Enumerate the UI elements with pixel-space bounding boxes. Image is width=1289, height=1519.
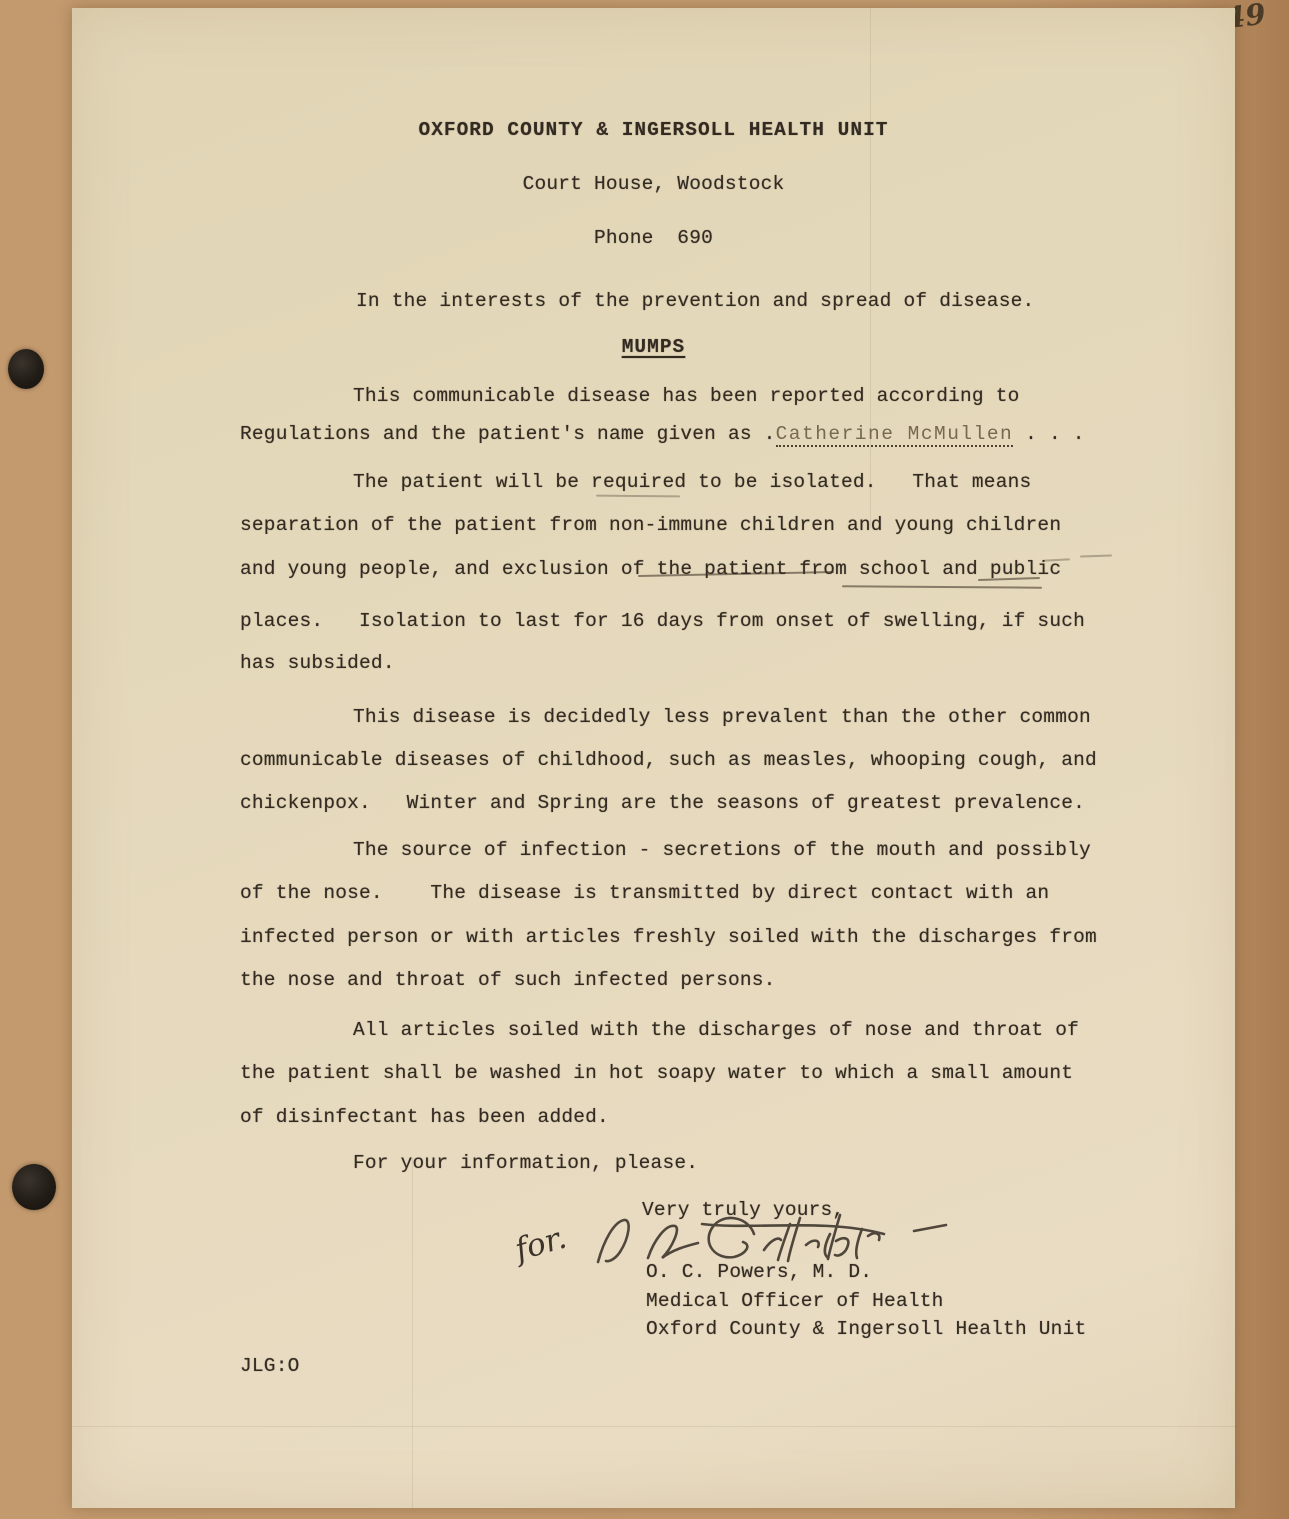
name-line-prefix: Regulations and the patient's name given… bbox=[240, 423, 776, 445]
paragraph4-line2: of the nose. The disease is transmitted … bbox=[240, 881, 1049, 905]
pen-mark-underline-from-school bbox=[842, 585, 1042, 588]
handwritten-for-note: for. bbox=[511, 1220, 570, 1269]
paragraph3-line1: This disease is decidedly less prevalent… bbox=[353, 705, 1091, 729]
intro-line: In the interests of the prevention and s… bbox=[356, 289, 1034, 313]
paper-crease bbox=[412, 1158, 413, 1508]
binder-hole-dot-top bbox=[8, 349, 44, 389]
paper-crease bbox=[870, 8, 871, 528]
signer-organization: Oxford County & Ingersoll Health Unit bbox=[646, 1317, 1086, 1341]
paragraph2-line4: places. Isolation to last for 16 days fr… bbox=[240, 609, 1085, 633]
paragraph3-line3: chickenpox. Winter and Spring are the se… bbox=[240, 791, 1085, 815]
subject-line: MUMPS bbox=[72, 335, 1235, 359]
paragraph2-line1: The patient will be required to be isola… bbox=[353, 470, 1031, 494]
pen-mark-margin-dash bbox=[1080, 554, 1112, 557]
paragraph1-line2: Regulations and the patient's name given… bbox=[240, 422, 1085, 446]
paragraph5-line3: of disinfectant has been added. bbox=[240, 1105, 609, 1129]
paper-crease bbox=[72, 1426, 1235, 1427]
paragraph2-line2: separation of the patient from non-immun… bbox=[240, 513, 1061, 537]
patient-name: Catherine McMullen bbox=[776, 423, 1014, 447]
letterhead-phone: Phone 690 bbox=[72, 226, 1235, 250]
paragraph4-line1: The source of infection - secretions of … bbox=[353, 838, 1091, 862]
paragraph5-line1: All articles soiled with the discharges … bbox=[353, 1018, 1079, 1042]
pen-mark-underline-will-be bbox=[596, 495, 680, 498]
signer-name: O. C. Powers, M. D. bbox=[646, 1260, 872, 1284]
paragraph2-line5: has subsided. bbox=[240, 651, 395, 675]
reference-initials: JLG:O bbox=[240, 1354, 300, 1378]
paragraph1-line1: This communicable disease has been repor… bbox=[353, 384, 1020, 408]
binder-hole-dot-bottom bbox=[12, 1164, 56, 1210]
paragraph3-line2: communicable diseases of childhood, such… bbox=[240, 748, 1097, 772]
letterhead-organization: OXFORD COUNTY & INGERSOLL HEALTH UNIT bbox=[72, 118, 1235, 142]
paragraph5-line2: the patient shall be washed in hot soapy… bbox=[240, 1061, 1073, 1085]
closing-line: For your information, please. bbox=[353, 1151, 698, 1175]
album-page-background: 49 OXFORD COUNTY & INGERSOLL HEALTH UNIT… bbox=[0, 0, 1289, 1519]
paragraph4-line3: infected person or with articles freshly… bbox=[240, 925, 1097, 949]
paragraph4-line4: the nose and throat of such infected per… bbox=[240, 968, 776, 992]
paragraph2-line3: and young people, and exclusion of the p… bbox=[240, 557, 1061, 581]
signer-title: Medical Officer of Health bbox=[646, 1289, 944, 1313]
name-line-trailing-dots: . . . bbox=[1013, 423, 1084, 445]
letter-paper: OXFORD COUNTY & INGERSOLL HEALTH UNIT Co… bbox=[72, 8, 1235, 1508]
letterhead-address: Court House, Woodstock bbox=[72, 172, 1235, 196]
